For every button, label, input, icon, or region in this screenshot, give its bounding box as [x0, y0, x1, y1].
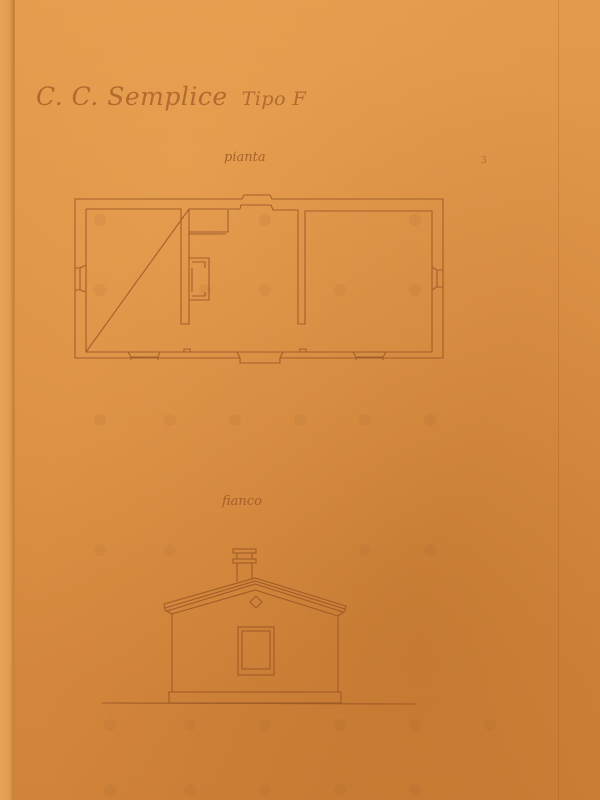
side-elevation	[0, 0, 600, 800]
